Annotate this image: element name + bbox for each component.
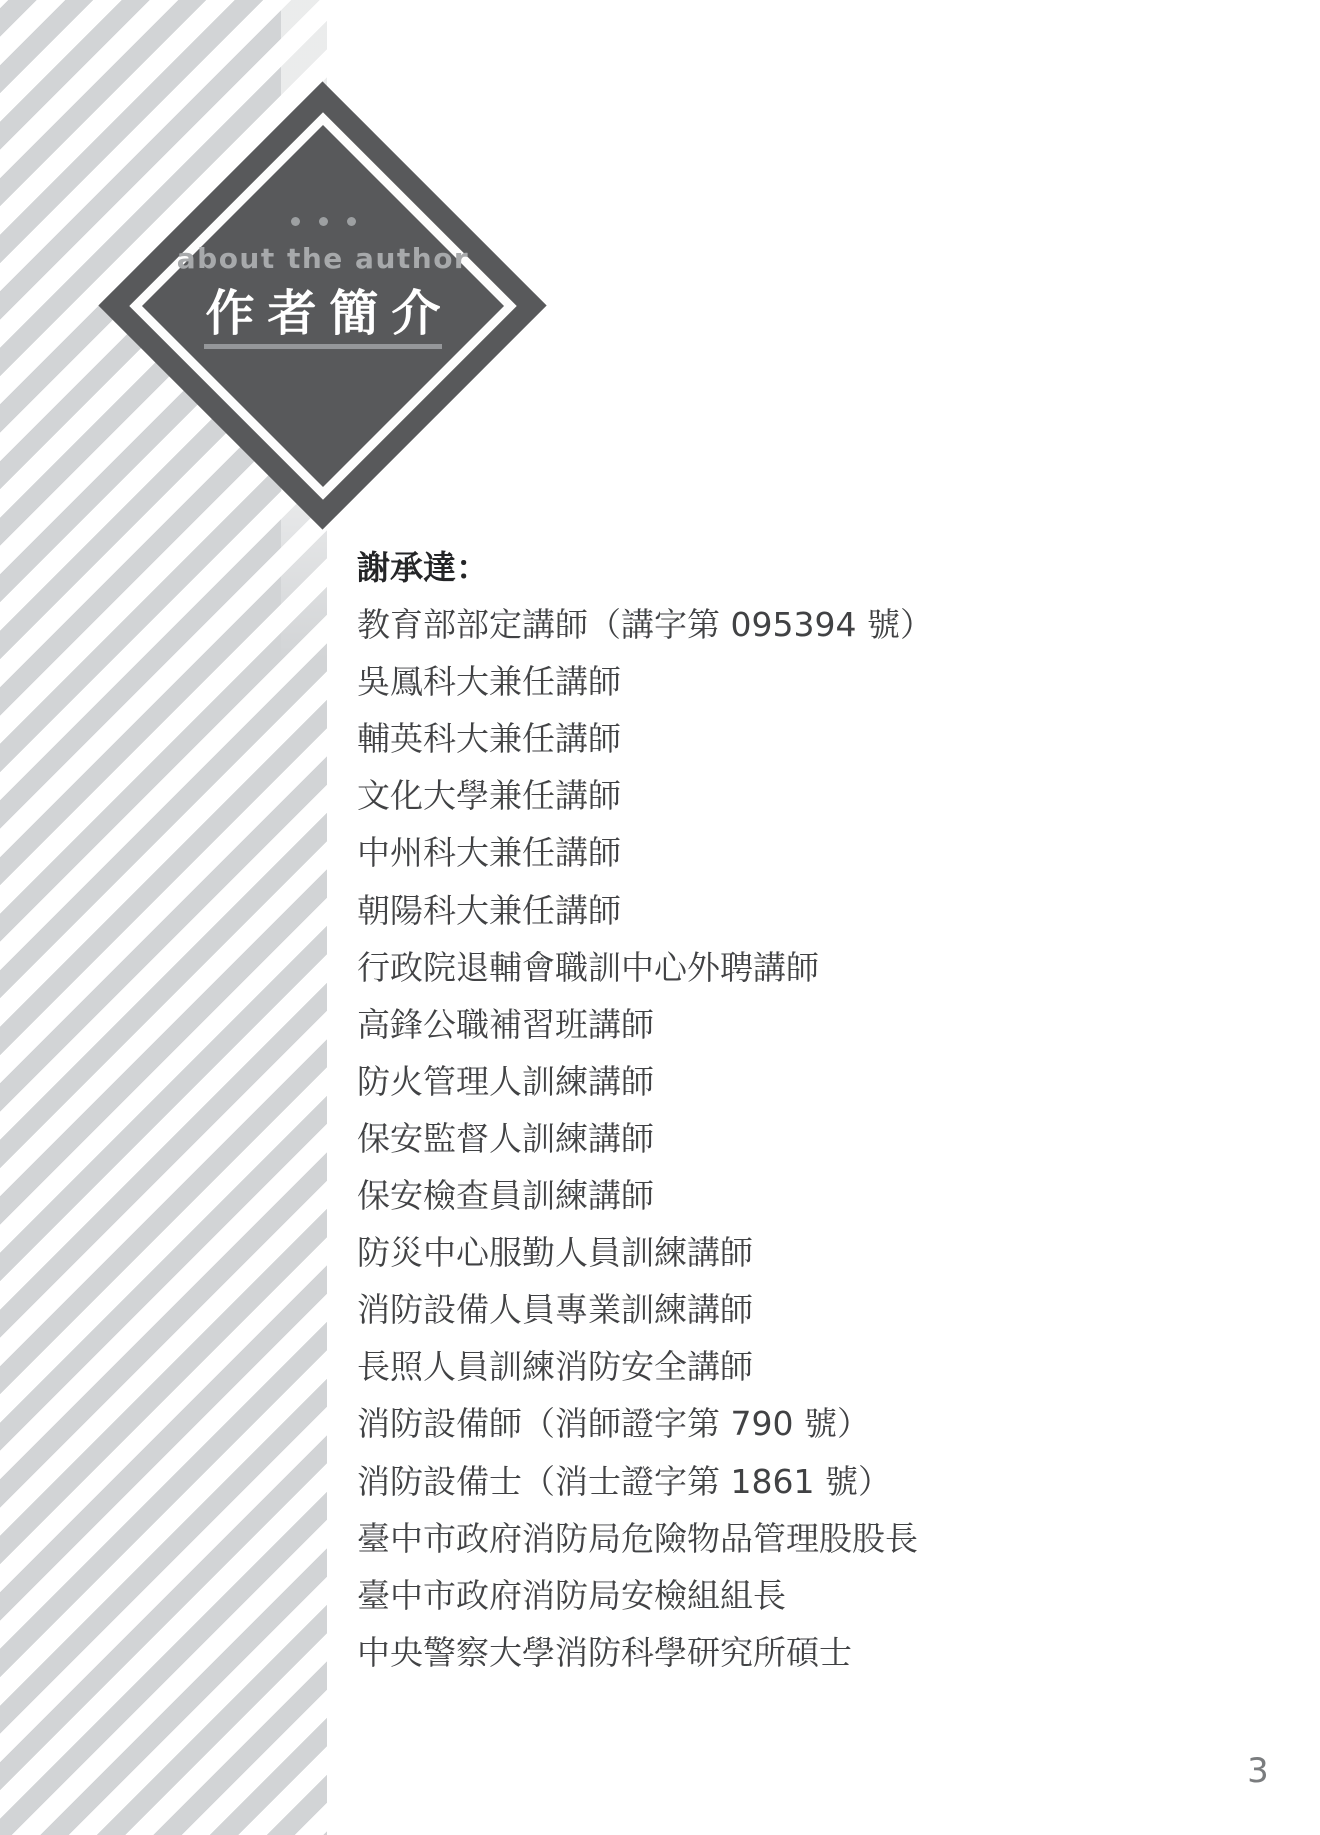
credential-line: 吳鳳科大兼任講師 [357, 653, 933, 710]
book-page: about the author 作者簡介 謝承達： 教育部部定講師（講字第 0… [0, 0, 1320, 1835]
credential-line: 保安檢查員訓練講師 [357, 1167, 933, 1224]
dot-icon [347, 217, 356, 226]
credential-line: 防火管理人訓練講師 [357, 1053, 933, 1110]
credential-line: 保安監督人訓練講師 [357, 1110, 933, 1167]
credential-line: 中州科大兼任講師 [357, 824, 933, 881]
author-name: 謝承達： [357, 539, 933, 596]
credential-line: 臺中市政府消防局安檢組組長 [357, 1567, 933, 1624]
credential-line: 中央警察大學消防科學研究所碩士 [357, 1624, 933, 1681]
credential-line: 長照人員訓練消防安全講師 [357, 1338, 933, 1395]
badge-title-chinese: 作者簡介 [99, 286, 547, 342]
credential-line: 消防設備師（消師證字第 790 號） [357, 1395, 933, 1452]
credential-line: 消防設備士（消士證字第 1861 號） [357, 1453, 933, 1510]
credential-line: 文化大學兼任講師 [357, 767, 933, 824]
credentials-block: 謝承達： 教育部部定講師（講字第 095394 號）吳鳳科大兼任講師輔英科大兼任… [357, 539, 933, 1681]
credential-line: 朝陽科大兼任講師 [357, 882, 933, 939]
credential-line: 臺中市政府消防局危險物品管理股股長 [357, 1510, 933, 1567]
credential-line: 防災中心服勤人員訓練講師 [357, 1224, 933, 1281]
credential-line: 消防設備人員專業訓練講師 [357, 1281, 933, 1338]
dot-icon [291, 217, 300, 226]
credential-line: 輔英科大兼任講師 [357, 710, 933, 767]
credential-line: 教育部部定講師（講字第 095394 號） [357, 596, 933, 653]
credential-line: 高鋒公職補習班講師 [357, 996, 933, 1053]
badge-underline [204, 344, 442, 349]
author-badge-content: about the author 作者簡介 [99, 82, 547, 530]
badge-label-english: about the author [99, 242, 547, 275]
credential-line: 行政院退輔會職訓中心外聘講師 [357, 939, 933, 996]
dot-icon [319, 217, 328, 226]
credentials-list: 教育部部定講師（講字第 095394 號）吳鳳科大兼任講師輔英科大兼任講師文化大… [357, 596, 933, 1681]
page-number: 3 [1238, 1752, 1278, 1790]
three-dots-decoration [99, 217, 547, 226]
